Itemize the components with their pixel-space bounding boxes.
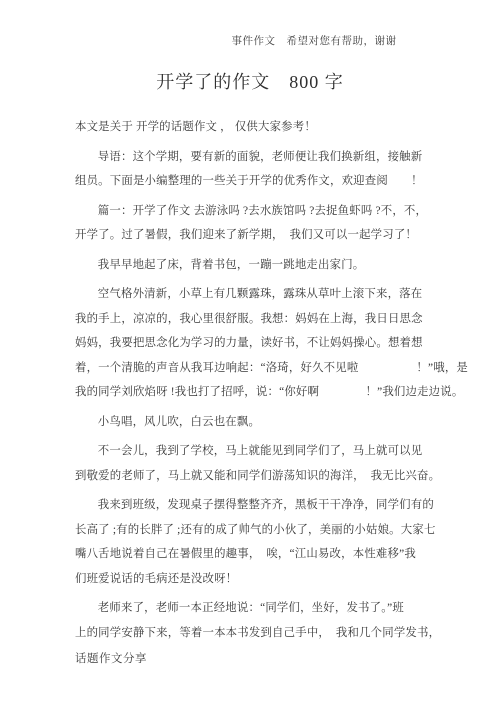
body-line: 导语：这个学期，要有新的面貌，老师便让我们换新组，接触新 (75, 145, 425, 170)
document-page: 事件作文 希望对您有帮助，谢谢 开学了的作文 800 字 本文是关于 开学的话题… (0, 0, 500, 707)
body-line: 空气格外清新，小草上有几颗露珠，露珠从草叶上滚下来，落在 (75, 282, 425, 307)
body-line: 老师来了，老师一本正经地说：“同学们，坐好，发书了。”班 (75, 596, 425, 621)
body-line: 我来到班级，发现桌子摆得整整齐齐，黑板干干净净，同学们有的 (75, 493, 425, 518)
document-title: 开学了的作文 800 字 (0, 68, 500, 94)
body-line: 上的同学安静下来，等着一本本书发到自己手中， 我和几个同学发书， (75, 621, 425, 646)
body-line: 篇一：开学了作文 去游泳吗 ?去水族馆吗 ?去捉鱼虾吗 ?不，不， (75, 199, 425, 224)
body-line: 我的同学刘欣焰呀 !我也打了招呼，说：“你好啊 ！”我们边走边说。 (75, 380, 425, 405)
footer-note: 话题作文分享 (75, 650, 147, 666)
body-line: 长高了 ;有的长胖了 ;还有的成了帅气的小伙了，美丽的小姑娘。大家七 (75, 518, 425, 543)
header-note: 事件作文 希望对您有帮助，谢谢 (128, 33, 500, 48)
document-body: 本文是关于 开学的话题作文 ， 仅供大家参考！导语：这个学期，要有新的面貌，老师… (75, 110, 425, 645)
body-line: 开学了。过了暑假，我们迎来了新学期， 我们又可以一起学习了！ (75, 223, 425, 248)
body-line: 嘴八舌地说着自己在暑假里的趣事， 唉，“江山易改，本性难移”我 (75, 542, 425, 567)
body-line: 我的手上，凉凉的，我心里很舒服。我想：妈妈在上海，我日日思念 (75, 307, 425, 332)
body-line: 妈妈，我要把思念化为学习的力量，读好书，不让妈妈操心。想着想 (75, 331, 425, 356)
body-line: 组员。下面是小编整理的一些关于开学的优秀作文，欢迎查阅 ！ (75, 169, 425, 194)
body-line: 我早早地起了床，背着书包，一蹦一跳地走出家门。 (75, 253, 425, 278)
body-line: 本文是关于 开学的话题作文 ， 仅供大家参考！ (75, 115, 425, 140)
body-line: 小鸟唱，风儿吹，白云也在飘。 (75, 410, 425, 435)
body-line: 着，一个清脆的声音从我耳边响起：“洛琦，好久不见啦 ！”哦，是 (75, 356, 425, 381)
body-line: 到敬爱的老师了，马上就又能和同学们游荡知识的海洋， 我无比兴奋。 (75, 464, 425, 489)
body-line: 不一会儿，我到了学校，马上就能见到同学们了，马上就可以见 (75, 439, 425, 464)
body-line: 们班爱说话的毛病还是没改呀！ (75, 567, 425, 592)
